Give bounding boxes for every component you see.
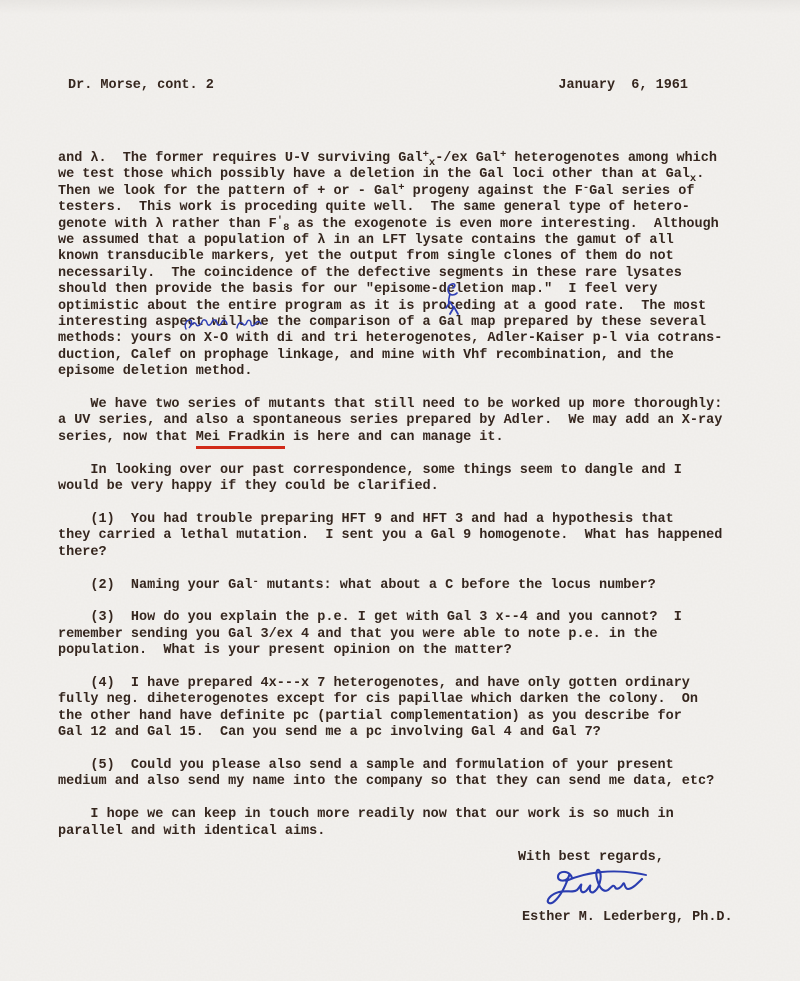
paragraph: and λ. The former requires U-V surviving… [58, 151, 760, 381]
text-segment: parallel and with identical aims. [58, 824, 325, 839]
paragraph: (5) Could you please also send a sample … [58, 758, 760, 791]
text-segment: they carried a lethal mutation. I sent y… [58, 528, 722, 543]
text-segment: genote with λ rather than F [58, 217, 277, 232]
letter-header: Dr. Morse, cont. 2 January 6, 1961 [68, 78, 688, 94]
text-segment: necessarily. The coincidence of the defe… [58, 266, 682, 281]
text-segment: + [423, 149, 429, 161]
text-segment: we test those which possibly have a dele… [58, 167, 690, 182]
text-segment: should then provide the basis for our "e… [58, 282, 658, 297]
text-segment: optimistic about the entire program as i… [58, 299, 706, 314]
text-line: the other hand have definite pc (partial… [58, 709, 760, 725]
paragraph: (4) I have prepared 4x---x 7 heterogenot… [58, 676, 760, 742]
header-date: January 6, 1961 [558, 78, 688, 94]
text-segment: methods: yours on X-O with di and tri he… [58, 331, 722, 346]
text-segment: Then we look for the pattern of + or - G… [58, 184, 398, 199]
text-segment: x [690, 173, 696, 185]
text-line: medium and also send my name into the co… [58, 774, 760, 790]
text-line: parallel and with identical aims. [58, 824, 760, 840]
typed-signature-name: Esther M. Lederberg, Ph.D. [522, 910, 733, 926]
text-line: a UV series, and also a spontaneous seri… [58, 413, 760, 429]
text-segment: interesting aspect will be the compariso… [58, 315, 706, 330]
text-segment: testers. This work is proceding quite we… [58, 200, 690, 215]
text-line: known transducible markers, yet the outp… [58, 249, 760, 265]
paragraph: (3) How do you explain the p.e. I get wi… [58, 610, 760, 659]
text-segment: we assumed that a population of λ in an … [58, 233, 674, 248]
letter-body: and λ. The former requires U-V surviving… [58, 151, 760, 856]
paragraph: I hope we can keep in touch more readily… [58, 807, 760, 840]
text-line: testers. This work is proceding quite we… [58, 200, 760, 216]
paragraph: We have two series of mutants that still… [58, 397, 760, 446]
text-line: fully neg. diheterogenotes except for ci… [58, 692, 760, 708]
text-segment: Gal 12 and Gal 15. Can you send me a pc … [58, 725, 601, 740]
text-line: methods: yours on X-O with di and tri he… [58, 331, 760, 347]
text-line: (5) Could you please also send a sample … [58, 758, 760, 774]
text-segment: x [429, 157, 435, 169]
text-line: would be very happy if they could be cla… [58, 479, 760, 495]
closing-salutation: With best regards, [518, 850, 733, 866]
text-line: (3) How do you explain the p.e. I get wi… [58, 610, 760, 626]
text-line: In looking over our past correspondence,… [58, 463, 760, 479]
text-line: interesting aspect will be the compariso… [58, 315, 760, 331]
closing-block: With best regards, Esther M. Lederberg, … [518, 850, 733, 927]
text-segment: . [696, 167, 704, 182]
text-segment: known transducible markers, yet the outp… [58, 249, 674, 264]
text-segment: mutants: what about a C before the locus… [259, 578, 656, 593]
paragraph: (2) Naming your Gal- mutants: what about… [58, 578, 760, 594]
text-line: should then provide the basis for our "e… [58, 282, 760, 298]
text-line: (1) You had trouble preparing HFT 9 and … [58, 512, 760, 528]
text-segment: remember sending you Gal 3/ex 4 and that… [58, 627, 658, 642]
text-line: they carried a lethal mutation. I sent y… [58, 528, 760, 544]
text-line: (4) I have prepared 4x---x 7 heterogenot… [58, 676, 760, 692]
text-segment: medium and also send my name into the co… [58, 774, 714, 789]
text-segment: (2) Naming your Gal [58, 578, 252, 593]
text-segment: 8 [283, 222, 289, 234]
text-segment: -/ex Gal [435, 151, 500, 166]
text-segment: population. What is your present opinion… [58, 643, 512, 658]
text-segment: and λ. The former requires U-V surviving… [58, 151, 423, 166]
text-segment: In looking over our past correspondence,… [58, 463, 682, 478]
text-segment: We have two series of mutants that still… [58, 397, 722, 412]
text-segment: series, now that [58, 430, 196, 445]
text-line: series, now that Mei Fradkin is here and… [58, 430, 760, 446]
text-segment: there? [58, 545, 107, 560]
text-segment: + [398, 182, 404, 194]
text-line: duction, Calef on prophage linkage, and … [58, 348, 760, 364]
text-segment: progeny against the F [405, 184, 583, 199]
text-segment: duction, Calef on prophage linkage, and … [58, 348, 674, 363]
text-segment: fully neg. diheterogenotes except for ci… [58, 692, 698, 707]
text-segment: the other hand have definite pc (partial… [58, 709, 682, 724]
text-line: and λ. The former requires U-V surviving… [58, 151, 760, 167]
text-segment: heterogenotes among which [506, 151, 717, 166]
text-line: there? [58, 545, 760, 561]
text-segment: I hope we can keep in touch more readily… [58, 807, 674, 822]
text-line: I hope we can keep in touch more readily… [58, 807, 760, 823]
text-segment: would be very happy if they could be cla… [58, 479, 439, 494]
text-segment: a UV series, and also a spontaneous seri… [58, 413, 722, 428]
text-segment: as the exogenote is even more interestin… [289, 217, 718, 232]
text-segment: (5) Could you please also send a sample … [58, 758, 674, 773]
text-line: remember sending you Gal 3/ex 4 and that… [58, 627, 760, 643]
header-addressee: Dr. Morse, cont. 2 [68, 78, 214, 94]
letter-page: Dr. Morse, cont. 2 January 6, 1961 and λ… [0, 0, 800, 981]
text-line: genote with λ rather than F'8 as the exo… [58, 217, 760, 233]
text-segment: is here and can manage it. [285, 430, 504, 445]
text-segment: + [500, 149, 506, 161]
text-segment: (1) You had trouble preparing HFT 9 and … [58, 512, 674, 527]
text-line: we test those which possibly have a dele… [58, 167, 760, 183]
text-line: necessarily. The coincidence of the defe… [58, 266, 760, 282]
text-line: We have two series of mutants that still… [58, 397, 760, 413]
text-line: optimistic about the entire program as i… [58, 299, 760, 315]
text-line: (2) Naming your Gal- mutants: what about… [58, 578, 760, 594]
handwritten-signature [542, 866, 733, 910]
text-line: Then we look for the pattern of + or - G… [58, 184, 760, 200]
text-line: episome deletion method. [58, 364, 760, 380]
text-line: we assumed that a population of λ in an … [58, 233, 760, 249]
text-segment: - [252, 576, 258, 588]
text-segment: Gal series of [589, 184, 694, 199]
text-segment: (4) I have prepared 4x---x 7 heterogenot… [58, 676, 690, 691]
text-segment: (3) How do you explain the p.e. I get wi… [58, 610, 682, 625]
paragraph: (1) You had trouble preparing HFT 9 and … [58, 512, 760, 561]
paragraph: In looking over our past correspondence,… [58, 463, 760, 496]
text-line: population. What is your present opinion… [58, 643, 760, 659]
red-underlined-text: Mei Fradkin [196, 430, 285, 449]
text-segment: episome deletion method. [58, 364, 252, 379]
text-line: Gal 12 and Gal 15. Can you send me a pc … [58, 725, 760, 741]
text-segment: - [583, 182, 589, 194]
